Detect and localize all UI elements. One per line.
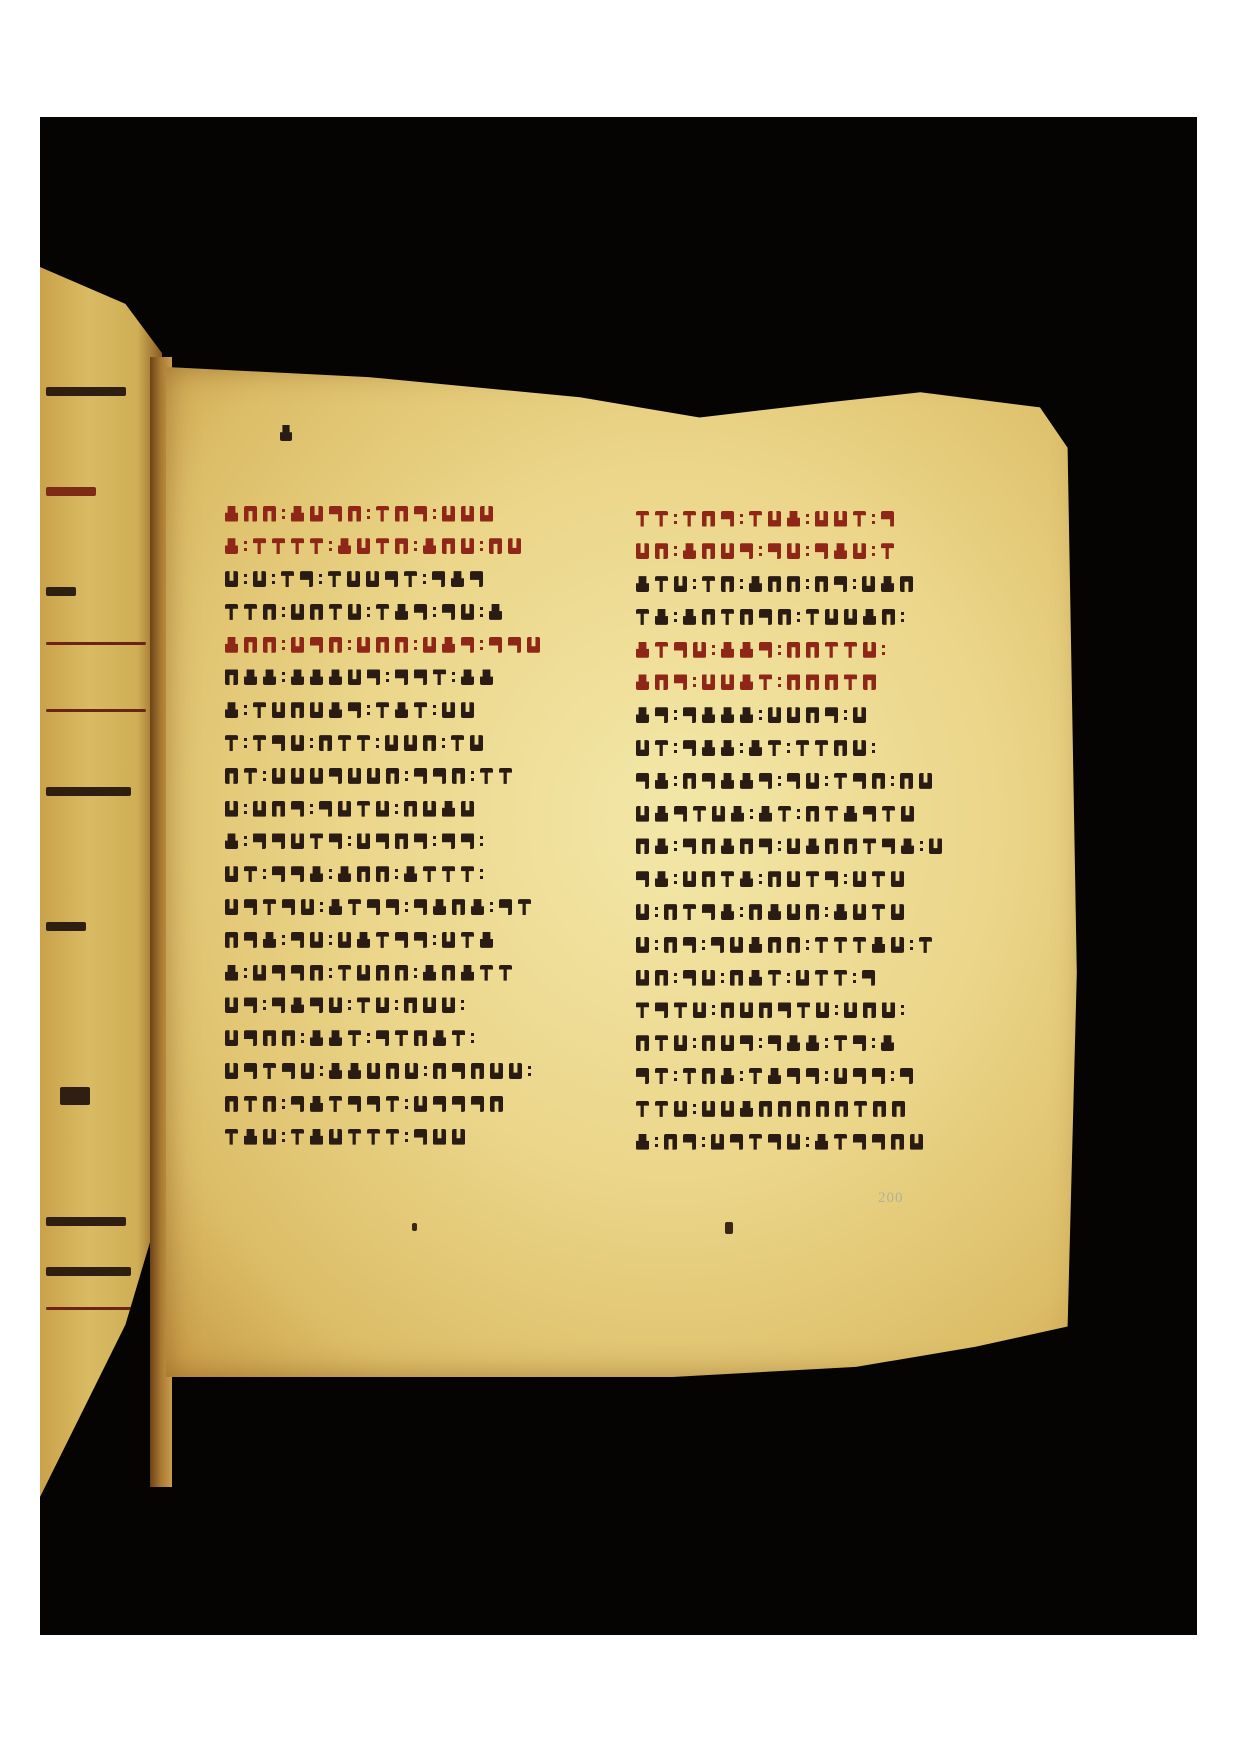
manuscript-line: ሉሳ፡ እግዚ አብሔር፡ እንዘ፡ ይብ xyxy=(225,762,600,789)
text-column-right: ተዝ፡ ፄርሐ፡ እኂዘ፡ ይብ ሉ፡ ሐዋኔ፡ ተወልደ፡ ለነ፡ ወልድ፡ … xyxy=(636,505,966,1161)
manuscript-line: ኵሉ፡ ዘየአምን፡ ቦቱ፡ እስአ፡ ለዓ xyxy=(636,767,966,794)
left-page-text-fragment xyxy=(46,387,126,396)
left-page-text-fragment xyxy=(46,1267,131,1276)
manuscript-photo xyxy=(40,117,1197,1635)
manuscript-line: ኢሐዱ፡ መለኮት ዘእግዚአብሔ xyxy=(636,1095,966,1122)
manuscript-line: ዋኔ፡ ተወልደ፡ ለነ፡ ወልድ፡ ተ xyxy=(636,538,966,565)
manuscript-line: ሥጡሮ፡ ለአማኑ ኤል፡ ወበእ xyxy=(225,1123,600,1150)
manuscript-line: ሐዱ፡ ሉአደ፡ ወኢሑዱ፡ ሕለዊ፡ ወ xyxy=(636,1063,966,1090)
manuscript-line: ተዝ፡ ፄርሐ፡ እኂዘ፡ ይብ ሉ፡ ሐ xyxy=(636,505,966,532)
manuscript-line: ሲ፡ ወአድኀነነ፡ ለሊሁ፡ እን xyxy=(225,697,600,724)
left-page-text-fragment xyxy=(46,1217,126,1226)
manuscript-line: ሰአሊ ለነ፡ ቅቱር እዮ፡ ኢ ሰደዮ ቡ፡ xyxy=(225,1058,600,1085)
left-page-text-fragment xyxy=(46,922,86,931)
manuscript-line: ለምቀሬን ው፡ ለነ፡ መዝራዕቶ ል xyxy=(636,800,966,827)
manuscript-line: እ፡ ያግዕዞ፡ ለአዳም፡ ኀዘነ፡ ልብ xyxy=(225,533,600,560)
left-facing-page xyxy=(40,267,162,1497)
manuscript-line: ለአ ቡሁ፡ ወ ምረ፡ ይ ሠዋ ለነ፡ xyxy=(225,1025,600,1052)
manuscript-line: ከሙ፡ ስብሐተ፡ ኮሉ፡ ዋሕድ፡ xyxy=(225,992,600,1019)
manuscript-line: በሉ፡ ወደኄ ሉ፡ ዘ መ ጽአ፡ ወክል xyxy=(636,866,966,893)
left-page-text-fragment xyxy=(60,1087,90,1105)
left-page-text-fragment xyxy=(46,787,131,796)
pencil-shelfmark: 200 xyxy=(878,1190,904,1207)
manuscript-line: ተወአደ፡ መኢተፈልጠ፡ በኵሉ፡ xyxy=(636,997,966,1024)
manuscript-line: ሔር፡ ሰዓሊ ም፡ ወመመ ወ፡ ወ xyxy=(636,702,966,729)
manuscript-line: ስ፡ ቃል፡ ዘተሰብእ፡ ዘእንበለ፡ ሙ xyxy=(636,931,966,958)
ink-mark xyxy=(412,1223,417,1231)
manuscript-line: ልዶ፡ ዋሕደ፡ ከመ፡ ይሕየ ው፡ xyxy=(636,735,966,762)
text-column-left: ውዳሴ፡ ዘሰኑይ፡ ፈቀደ፡ እግዚእ፡ ያግዕዞ፡ ለአዳም፡ ኀዘነ፡ ል… xyxy=(225,500,600,1156)
left-page-text-fragment xyxy=(46,587,76,596)
manuscript-line: ን ዘ ይ፡ ጽውዓ ንፈ ሰ፡ ትንዚ ትም xyxy=(225,1090,600,1117)
manuscript-line: ሬቆስ፡ ቃል፡ ዘተሰብአ፡ ወኀደ xyxy=(225,926,600,953)
manuscript-line: ሰአሊ ለነ፡ ቅድስት፡ እዮሩ ሳ፡ ኪር xyxy=(225,894,600,921)
manuscript-line: ር፡ ቃል፡ ሰአሊ ለነ፡ ቅድስትቅሠ xyxy=(636,1128,966,1155)
manuscript-line: ኪ፡ መለኮትኪ፡ ወሥምረ፡ ልቡ፡ xyxy=(225,828,600,855)
ink-mark xyxy=(725,1222,733,1234)
manuscript-line: ል፡ ዘዘ ኢ፡ እበገነ፡ ለሕማም xyxy=(225,795,600,822)
folio-glyph xyxy=(280,425,292,441)
manuscript-line: ኀበ፡ ፍትረ፡ ሰብእ፡ መእግዚ፡ xyxy=(225,861,600,888)
manuscript-line: ንግል፡ ዘእንበለ፡ ዘርእ፡ ብእ xyxy=(225,664,600,691)
left-page-ruling xyxy=(46,1307,136,1310)
manuscript-line: ዑሉ፡ ሰአሊ ለነ፡ ቅድ ስትቅሠረ፡ ዘ xyxy=(636,833,966,860)
manuscript-line: ሰጠ፡ ከነ፡ ፍ ጹመ፡ ሰብእ፡ ኢ xyxy=(636,964,966,991)
manuscript-line: ግብሩ፡ ወልድ፡ ዋሕድ፡ አለ፡ አ xyxy=(636,1030,966,1057)
manuscript-line: እስመ፡ ኤፍቀረ፡ እግዚአብ xyxy=(636,669,966,696)
manuscript-line: ውሕበ፡ ለነ፡ ሰዓሊ፡ ለነ፡ ቅድስ xyxy=(636,571,966,598)
manuscript-line: ውዳሴ፡ ዘሰኑይ፡ ፈቀደ፡ እግዚ xyxy=(225,500,600,527)
manuscript-line: ትቅ፡ ሠረተ ፈ ግ ሕ፡ ሠተ ሐ ሠደ፡ xyxy=(636,603,966,630)
folio-mark: ለ xyxy=(280,425,294,443)
manuscript-line: ረ፡ ላዕሌነ፡ ወርእነ፡ ስብሐተ ዘ xyxy=(225,959,600,986)
manuscript-line: ትካት፡ መንበሩ፡ ሰአሊ፡ ለነ፡ ቅ xyxy=(225,598,600,625)
manuscript-line: ከ፡ ዘ፡ ልብ፡ ወያግብኦ፡ ኀበ ዘ xyxy=(225,566,600,593)
manuscript-line: ለ፡ ይ መ ጽእ፡ ኢየሱ ሱ፡ ክርስቶ xyxy=(636,899,966,926)
left-page-ruling xyxy=(46,709,146,712)
left-page-ruling xyxy=(46,642,146,645)
manuscript-line: ተ፡ እስመ፡ ከደነ፡ ፈትሖ፡ ለሰ xyxy=(225,730,600,757)
left-page-text-fragment xyxy=(46,487,96,496)
manuscript-line: ድስት፡ ቅዱሰ፡ ወረቀ፡ በሥጋ፡ እምድ xyxy=(225,631,600,658)
manuscript-line: እዘመደ፡ እኳሉ፡ እመሕያው፡ xyxy=(636,636,966,663)
